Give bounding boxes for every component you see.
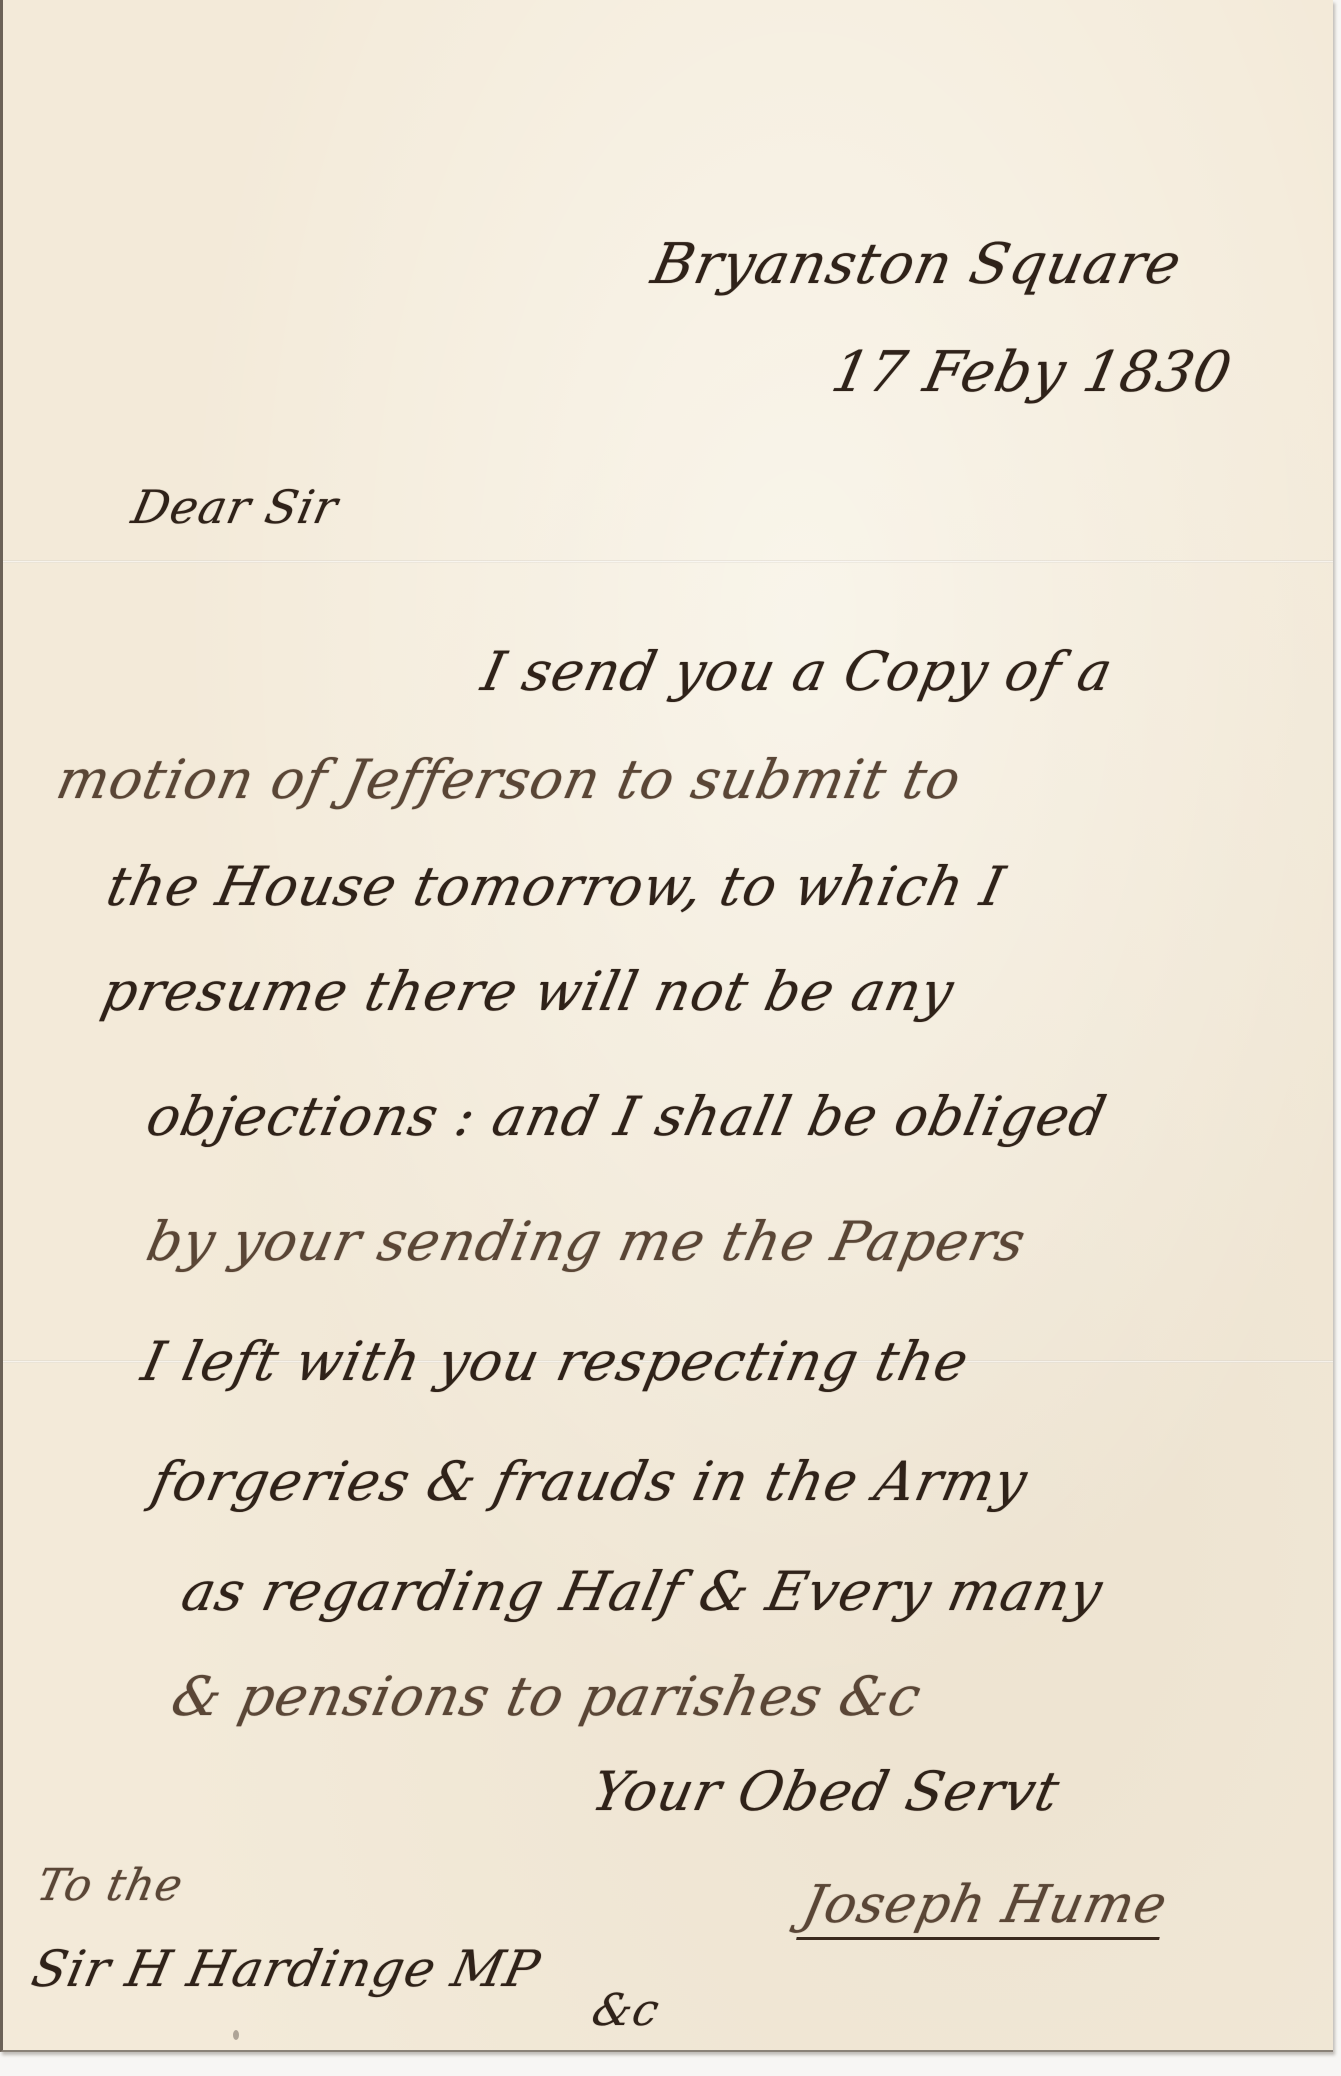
- body-line: I left with you respecting the: [136, 1330, 974, 1393]
- body-line: presume there will not be any: [96, 960, 959, 1023]
- letter-date: 17 Feby 1830: [826, 340, 1238, 405]
- signature: Joseph Hume: [796, 1875, 1173, 1940]
- body-line: objections : and I shall be obliged: [141, 1085, 1112, 1148]
- body-line: forgeries & frauds in the Army: [146, 1450, 1033, 1513]
- address-line: &c: [588, 1985, 665, 2036]
- ink-speck: [233, 2030, 239, 2040]
- body-line: I send you a Copy of a: [476, 640, 1118, 703]
- body-line: motion of Jefferson to submit to: [51, 748, 967, 811]
- body-line: as regarding Half & Every many: [176, 1560, 1108, 1623]
- closing: Your Obed Servt: [586, 1760, 1065, 1823]
- letter-paper: Bryanston Square 17 Feby 1830 Dear Sir I…: [0, 0, 1333, 2052]
- address-line: Sir H Hardinge MP: [27, 1940, 546, 1998]
- body-line: the House tomorrow, to which I: [101, 855, 1011, 918]
- salutation: Dear Sir: [127, 480, 343, 534]
- body-line: by your sending me the Papers: [141, 1210, 1031, 1273]
- fold-crease: [3, 560, 1333, 563]
- body-line: & pensions to parishes &c: [166, 1665, 927, 1728]
- letter-place: Bryanston Square: [646, 232, 1187, 297]
- address-line: To the: [33, 1860, 188, 1911]
